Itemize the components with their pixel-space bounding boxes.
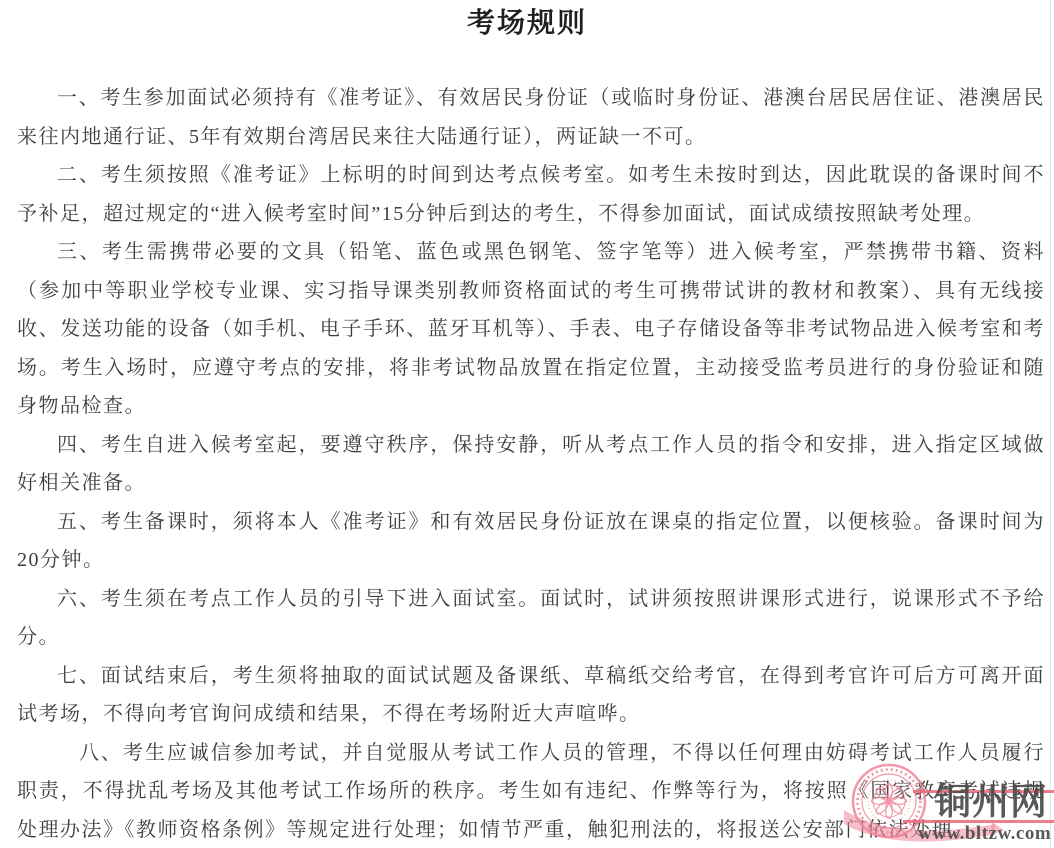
rule-paragraph: 八、考生应诚信参加考试，并自觉服从考试工作人员的管理，不得以任何理由妨碍考试工作… — [17, 734, 1045, 848]
rule-paragraph: 七、面试结束后，考生须将抽取的面试试题及备课纸、草稿纸交给考官，在得到考官许可后… — [17, 657, 1045, 734]
rules-body: 一、考生参加面试必须持有《准考证》、有效居民身份证（或临时身份证、港澳台居民居住… — [0, 39, 1054, 848]
rule-paragraph: 四、考生自进入候考室起，要遵守秩序，保持安静，听从考点工作人员的指令和安排，进入… — [17, 426, 1045, 503]
page-edge-divider — [1050, 0, 1051, 848]
page-title: 考场规则 — [0, 0, 1054, 39]
rule-paragraph: 一、考生参加面试必须持有《准考证》、有效居民身份证（或临时身份证、港澳台居民居住… — [17, 79, 1045, 156]
rule-paragraph: 六、考生须在考点工作人员的引导下进入面试室。面试时，试讲须按照讲课形式进行，说课… — [17, 580, 1045, 657]
exam-rules-document: 考场规则 一、考生参加面试必须持有《准考证》、有效居民身份证（或临时身份证、港澳… — [0, 0, 1054, 848]
rule-paragraph: 二、考生须按照《准考证》上标明的时间到达考点候考室。如考生未按时到达，因此耽误的… — [17, 156, 1045, 233]
rule-paragraph: 五、考生备课时，须将本人《准考证》和有效居民身份证放在课桌的指定位置，以便核验。… — [17, 503, 1045, 580]
rule-paragraph: 三、考生需携带必要的文具（铅笔、蓝色或黑色钢笔、签字笔等）进入候考室，严禁携带书… — [17, 233, 1045, 426]
